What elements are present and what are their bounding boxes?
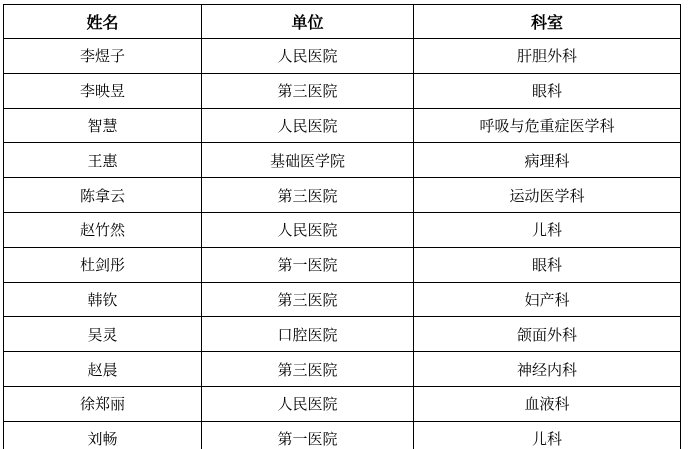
cell-department: 眼科 <box>414 247 681 282</box>
cell-name: 李映昱 <box>4 73 202 108</box>
cell-department: 妇产科 <box>414 282 681 317</box>
table-row: 徐郑丽 人民医院 血液科 <box>4 386 681 421</box>
cell-unit: 人民医院 <box>202 212 414 247</box>
cell-unit: 基础医学院 <box>202 143 414 178</box>
table-row: 智慧 人民医院 呼吸与危重症医学科 <box>4 108 681 143</box>
cell-unit: 人民医院 <box>202 39 414 74</box>
table-row: 赵晨 第三医院 神经内科 <box>4 352 681 387</box>
cell-name: 赵晨 <box>4 352 202 387</box>
table-row: 王惠 基础医学院 病理科 <box>4 143 681 178</box>
cell-department: 血液科 <box>414 386 681 421</box>
cell-unit: 第三医院 <box>202 73 414 108</box>
cell-department: 呼吸与危重症医学科 <box>414 108 681 143</box>
cell-name: 王惠 <box>4 143 202 178</box>
cell-name: 智慧 <box>4 108 202 143</box>
cell-name: 李煜子 <box>4 39 202 74</box>
table-row: 赵竹然 人民医院 儿科 <box>4 212 681 247</box>
cell-name: 韩钦 <box>4 282 202 317</box>
cell-unit: 人民医院 <box>202 108 414 143</box>
cell-department: 儿科 <box>414 212 681 247</box>
cell-unit: 第三医院 <box>202 352 414 387</box>
column-header-name: 姓名 <box>4 5 202 39</box>
cell-name: 刘畅 <box>4 421 202 449</box>
cell-department: 神经内科 <box>414 352 681 387</box>
table-row: 陈拿云 第三医院 运动医学科 <box>4 178 681 213</box>
cell-name: 杜剑彤 <box>4 247 202 282</box>
table-row: 韩钦 第三医院 妇产科 <box>4 282 681 317</box>
column-header-unit: 单位 <box>202 5 414 39</box>
cell-department: 眼科 <box>414 73 681 108</box>
cell-name: 徐郑丽 <box>4 386 202 421</box>
cell-department: 儿科 <box>414 421 681 449</box>
table-row: 杜剑彤 第一医院 眼科 <box>4 247 681 282</box>
cell-unit: 第三医院 <box>202 282 414 317</box>
cell-department: 颌面外科 <box>414 317 681 352</box>
cell-department: 肝胆外科 <box>414 39 681 74</box>
cell-unit: 第一医院 <box>202 421 414 449</box>
table-row: 李煜子 人民医院 肝胆外科 <box>4 39 681 74</box>
cell-unit: 人民医院 <box>202 386 414 421</box>
cell-unit: 第三医院 <box>202 178 414 213</box>
cell-unit: 第一医院 <box>202 247 414 282</box>
table-row: 刘畅 第一医院 儿科 <box>4 421 681 449</box>
cell-name: 赵竹然 <box>4 212 202 247</box>
header-row: 姓名 单位 科室 <box>4 5 681 39</box>
personnel-table: 姓名 单位 科室 李煜子 人民医院 肝胆外科 李映昱 第三医院 眼科 智慧 人民… <box>3 4 681 449</box>
cell-unit: 口腔医院 <box>202 317 414 352</box>
document-page: 姓名 单位 科室 李煜子 人民医院 肝胆外科 李映昱 第三医院 眼科 智慧 人民… <box>0 0 689 449</box>
cell-department: 病理科 <box>414 143 681 178</box>
cell-department: 运动医学科 <box>414 178 681 213</box>
table-row: 吴灵 口腔医院 颌面外科 <box>4 317 681 352</box>
cell-name: 陈拿云 <box>4 178 202 213</box>
column-header-department: 科室 <box>414 5 681 39</box>
cell-name: 吴灵 <box>4 317 202 352</box>
table-row: 李映昱 第三医院 眼科 <box>4 73 681 108</box>
